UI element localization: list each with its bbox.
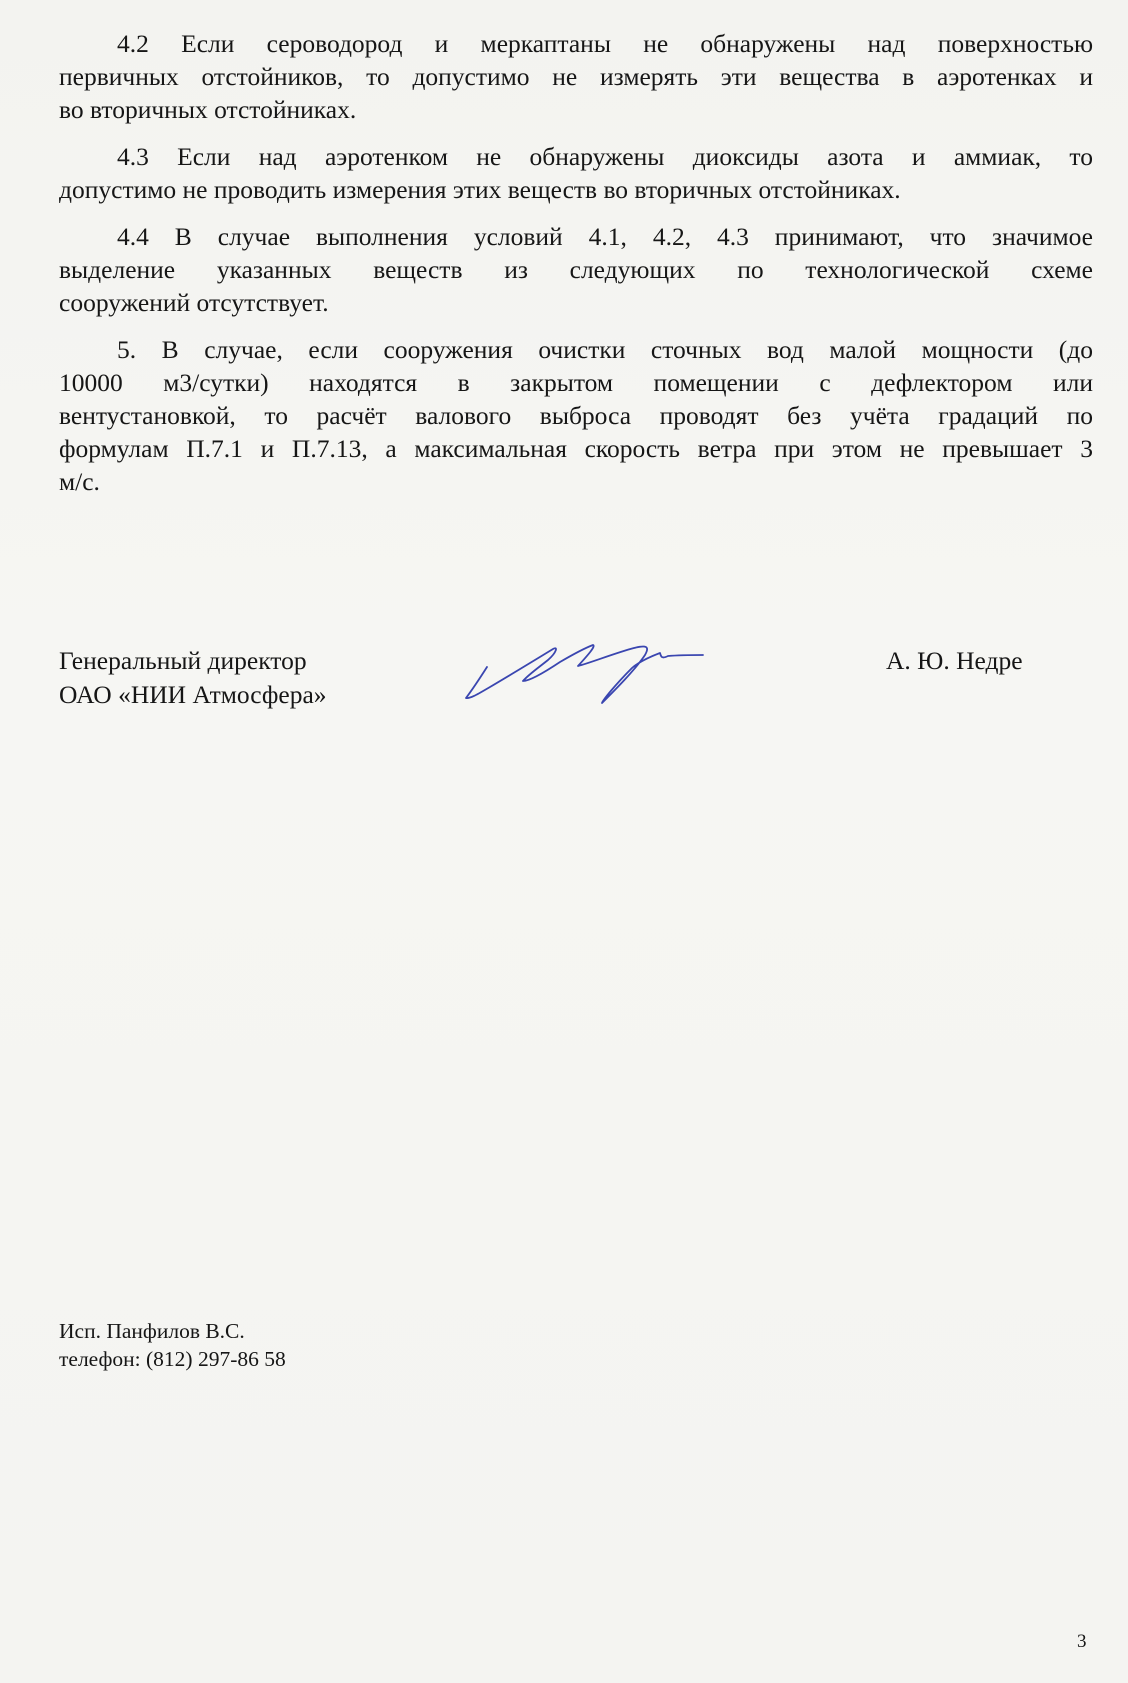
- text-line: формулам П.7.1 и П.7.13, а максимальная …: [59, 432, 1093, 465]
- document-page: 4.2 Если сероводород и меркаптаны не обн…: [0, 0, 1128, 1683]
- text-line: первичных отстойников, то допустимо не и…: [59, 60, 1093, 93]
- paragraph-5: 5. В случае, если сооружения очистки сто…: [59, 333, 1093, 498]
- paragraph-4-2: 4.2 Если сероводород и меркаптаны не обн…: [59, 27, 1093, 126]
- text-line: 5. В случае, если сооружения очистки сто…: [59, 333, 1093, 366]
- text-line: 4.2 Если сероводород и меркаптаны не обн…: [59, 27, 1093, 60]
- signatory-name: А. Ю. Недре: [886, 644, 1023, 678]
- executor-phone: телефон: (812) 297-86 58: [59, 1345, 286, 1373]
- position-title: Генеральный директор: [59, 644, 327, 678]
- text-line: 10000 м3/сутки) находятся в закрытом пом…: [59, 366, 1093, 399]
- text-line: сооружений отсутствует.: [59, 286, 1093, 319]
- handwritten-signature-icon: [455, 630, 715, 720]
- page-number: 3: [1077, 1631, 1087, 1653]
- executor-name: Исп. Панфилов В.С.: [59, 1317, 286, 1345]
- text-line: 4.3 Если над аэротенком не обнаружены ди…: [59, 140, 1093, 173]
- text-line: выделение указанных веществ из следующих…: [59, 253, 1093, 286]
- text-line: 4.4 В случае выполнения условий 4.1, 4.2…: [59, 220, 1093, 253]
- organization-name: ОАО «НИИ Атмосфера»: [59, 678, 327, 712]
- paragraph-4-4: 4.4 В случае выполнения условий 4.1, 4.2…: [59, 220, 1093, 319]
- paragraph-4-3: 4.3 Если над аэротенком не обнаружены ди…: [59, 140, 1093, 206]
- contact-info: Исп. Панфилов В.С. телефон: (812) 297-86…: [59, 1317, 286, 1373]
- text-line: во вторичных отстойниках.: [59, 93, 1093, 126]
- text-line: вентустановкой, то расчёт валового выбро…: [59, 399, 1093, 432]
- text-line: допустимо не проводить измерения этих ве…: [59, 173, 1093, 206]
- document-body: 4.2 Если сероводород и меркаптаны не обн…: [59, 27, 1093, 512]
- text-line: м/с.: [59, 465, 1093, 498]
- signatory-position: Генеральный директор ОАО «НИИ Атмосфера»: [59, 644, 327, 712]
